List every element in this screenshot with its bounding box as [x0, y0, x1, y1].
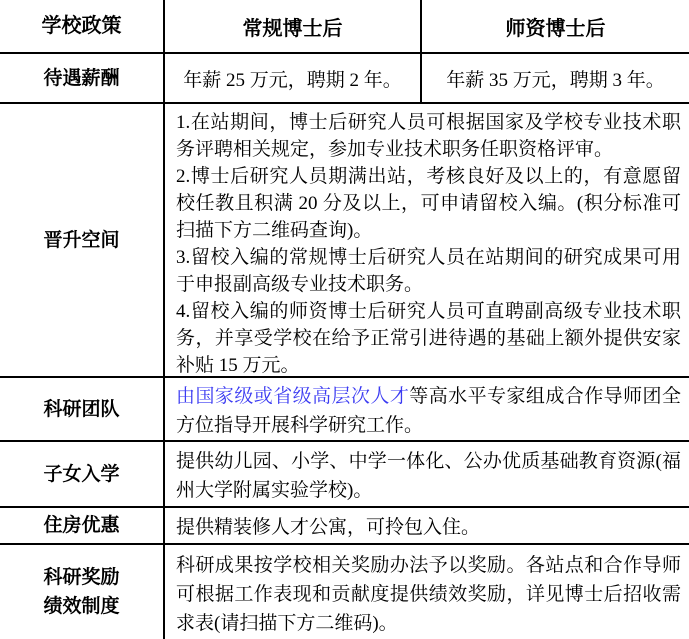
promotion-item-1: 1.在站期间，博士后研究人员可根据国家及学校专业技术职务评聘相关规定，参加专业技…: [176, 109, 681, 163]
table-row-children: 子女入学 提供幼儿园、小学、中学一体化、公办优质基础教育资源(福州大学附属实验学…: [0, 442, 689, 508]
row-label-salary: 待遇薪酬: [0, 54, 165, 102]
table-row-housing: 住房优惠 提供精装修人才公寓，可拎包入住。: [0, 508, 689, 545]
reward-content: 科研成果按学校相关奖励办法予以奖励。各站点和合作导师可根据工作表现和贡献度提供绩…: [165, 545, 689, 639]
promotion-item-3: 3.留校入编的常规博士后研究人员在站期间的研究成果可用于申报副高级专业技术职务。: [176, 244, 681, 298]
reward-text: 科研成果按学校相关奖励办法予以奖励。各站点和合作导师可根据工作表现和贡献度提供绩…: [176, 551, 681, 638]
promotion-item-4: 4.留校入编的师资博士后研究人员可直聘副高级专业技术职务，并享受学校在给予正常引…: [176, 298, 681, 379]
row-label-reward: 科研奖励 绩效制度: [0, 545, 165, 639]
row-label-children: 子女入学: [0, 442, 165, 506]
table-row-team: 科研团队 由国家级或省级高层次人才等高水平专家组成合作导师团全方位指导开展科学研…: [0, 378, 689, 442]
policy-table-page: 学校政策 常规博士后 师资博士后 待遇薪酬 年薪 25 万元，聘期 2 年。 年…: [0, 0, 689, 639]
table-row-reward: 科研奖励 绩效制度 科研成果按学校相关奖励办法予以奖励。各站点和合作导师可根据工…: [0, 545, 689, 639]
team-paragraph: 由国家级或省级高层次人才等高水平专家组成合作导师团全方位指导开展科学研究工作。: [176, 382, 681, 440]
header-school-policy: 学校政策: [0, 0, 165, 52]
talent-link[interactable]: 由国家级或省级高层次人才: [176, 386, 409, 407]
table-row-promotion: 晋升空间 1.在站期间，博士后研究人员可根据国家及学校专业技术职务评聘相关规定，…: [0, 104, 689, 378]
header-regular-postdoc: 常规博士后: [165, 0, 422, 52]
row-label-housing: 住房优惠: [0, 508, 165, 543]
row-label-team: 科研团队: [0, 378, 165, 440]
promotion-content: 1.在站期间，博士后研究人员可根据国家及学校专业技术职务评聘相关规定，参加专业技…: [165, 104, 689, 376]
children-text: 提供幼儿园、小学、中学一体化、公办优质基础教育资源(福州大学附属实验学校)。: [176, 447, 681, 505]
table-row-salary: 待遇薪酬 年薪 25 万元，聘期 2 年。 年薪 35 万元，聘期 3 年。: [0, 54, 689, 104]
housing-content: 提供精装修人才公寓，可拎包入住。: [165, 508, 689, 543]
team-content: 由国家级或省级高层次人才等高水平专家组成合作导师团全方位指导开展科学研究工作。: [165, 378, 689, 440]
children-content: 提供幼儿园、小学、中学一体化、公办优质基础教育资源(福州大学附属实验学校)。: [165, 442, 689, 506]
salary-regular-value: 年薪 25 万元，聘期 2 年。: [165, 54, 422, 102]
promotion-item-2: 2.博士后研究人员期满出站，考核良好及以上的，有意愿留校任教且积满 20 分及以…: [176, 163, 681, 244]
table-header-row: 学校政策 常规博士后 师资博士后: [0, 0, 689, 54]
salary-faculty-value: 年薪 35 万元，聘期 3 年。: [422, 54, 689, 102]
header-faculty-postdoc: 师资博士后: [422, 0, 689, 52]
housing-text: 提供精装修人才公寓，可拎包入住。: [176, 513, 681, 542]
row-label-promotion: 晋升空间: [0, 104, 165, 376]
